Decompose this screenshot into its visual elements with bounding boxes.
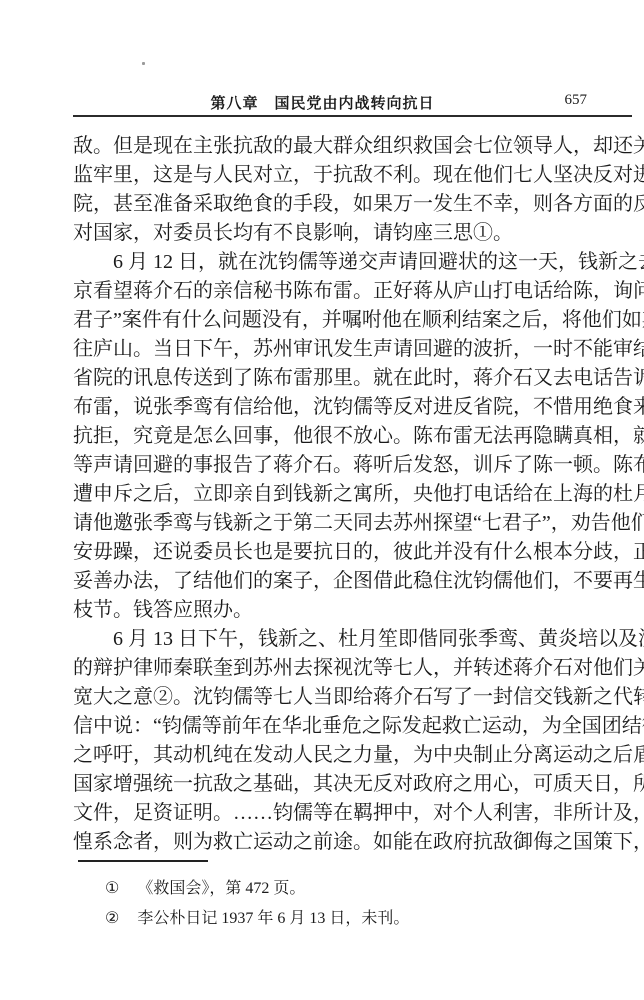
body-text-line: 对国家，对委员长均有不良影响，请钧座三思①。 [73,219,632,248]
body-text-line: 安毋躁，还说委员长也是要抗日的，彼此并没有什么根本分歧，正在想 [73,538,632,567]
chapter-title: 第八章 国民党由内战转向抗日 [73,92,572,113]
body-text: 敌。但是现在主张抗敌的最大群众组织救国会七位领导人，却还关在 监牢里，这是与人民… [73,132,632,857]
footnote-text: 《救国会》，第 472 页。 [137,880,305,897]
body-text-line: 请他邀张季鸾与钱新之于第二天同去苏州探望“七君子”，劝告他们稍 [73,509,632,538]
body-text-line: 院，甚至准备采取绝食的手段，如果万一发生不幸，则各方面的反应将 [73,190,632,219]
body-text-line: 往庐山。当日下午，苏州审讯发生声请回避的波折，一时不能审结送反 [73,335,632,364]
footnote-text: 李公朴日记 1937 年 6 月 13 日，未刊。 [137,910,409,927]
body-text-line: 之呼吁，其动机纯在发动人民之力量，为中央制止分离运动之后盾，使 [73,741,632,770]
body-text-line: 君子”案件有什么问题没有，并嘱咐他在顺利结案之后，将他们如期送 [73,306,632,335]
body-text-line: 敌。但是现在主张抗敌的最大群众组织救国会七位领导人，却还关在 [73,132,632,161]
footnote-marker: ② [105,904,119,934]
body-text-line: 抗拒，究竟是怎么回事，他很不放心。陈布雷无法再隐瞒真相，就将沈 [73,422,632,451]
page-number: 657 [565,92,588,109]
page-header: 第八章 国民党由内战转向抗日 657 [73,92,632,112]
body-text-line: 妥善办法，了结他们的案子，企图借此稳住沈钧儒他们，不要再生意外 [73,567,632,596]
body-text-line: 枝节。钱答应照办。 [73,596,632,625]
footnotes: ①《救国会》，第 472 页。 ②李公朴日记 1937 年 6 月 13 日，未… [73,874,632,934]
body-text-line: 6 月 13 日下午，钱新之、杜月笙即偕同张季鸾、黄炎培以及沈钧儒 [73,625,632,654]
body-text-line: 监牢里，这是与人民对立，于抗敌不利。现在他们七人坚决反对进反省 [73,161,632,190]
footnote: ②李公朴日记 1937 年 6 月 13 日，未刊。 [73,904,632,934]
body-text-line: 遭申斥之后，立即亲自到钱新之寓所，央他打电话给在上海的杜月笙， [73,480,632,509]
body-text-line: 文件，足资证明。……钧儒等在羁押中，对个人利害，非所计及，其所忧 [73,799,632,828]
body-text-line: 宽大之意②。沈钧儒等七人当即给蒋介石写了一封信交钱新之代转， [73,683,632,712]
footnote: ①《救国会》，第 472 页。 [73,874,632,904]
book-page: 第八章 国民党由内战转向抗日 657 敌。但是现在主张抗敌的最大群众组织救国会七… [0,0,644,1000]
body-text-line: 的辩护律师秦联奎到苏州去探视沈等七人，并转述蒋介石对他们关怀 [73,654,632,683]
body-text-line: 京看望蒋介石的亲信秘书陈布雷。正好蒋从庐山打电话给陈，询问“七 [73,277,632,306]
body-text-line: 省院的讯息传送到了陈布雷那里。就在此时，蒋介石又去电话告诉陈 [73,364,632,393]
body-text-line: 布雷，说张季鸾有信给他，沈钧儒等反对进反省院，不惜用绝食来进行 [73,393,632,422]
body-text-line: 国家增强统一抗敌之基础，其决无反对政府之用心，可质天日，所发表 [73,770,632,799]
scan-artifact [142,62,145,65]
header-rule [73,115,632,117]
body-text-line: 信中说：“钧儒等前年在华北垂危之际发起救亡运动，为全国团结御侮 [73,712,632,741]
body-text-line: 6 月 12 日，就在沈钧儒等递交声请回避状的这一天，钱新之去南 [73,248,632,277]
footnote-marker: ① [105,874,119,904]
body-text-line: 等声请回避的事报告了蒋介石。蒋听后发怒，训斥了陈一顿。陈布雷 [73,451,632,480]
body-text-line: 惶系念者，则为救亡运动之前途。如能在政府抗敌御侮之国策下，努力 [73,828,632,857]
footnote-separator [78,860,208,862]
